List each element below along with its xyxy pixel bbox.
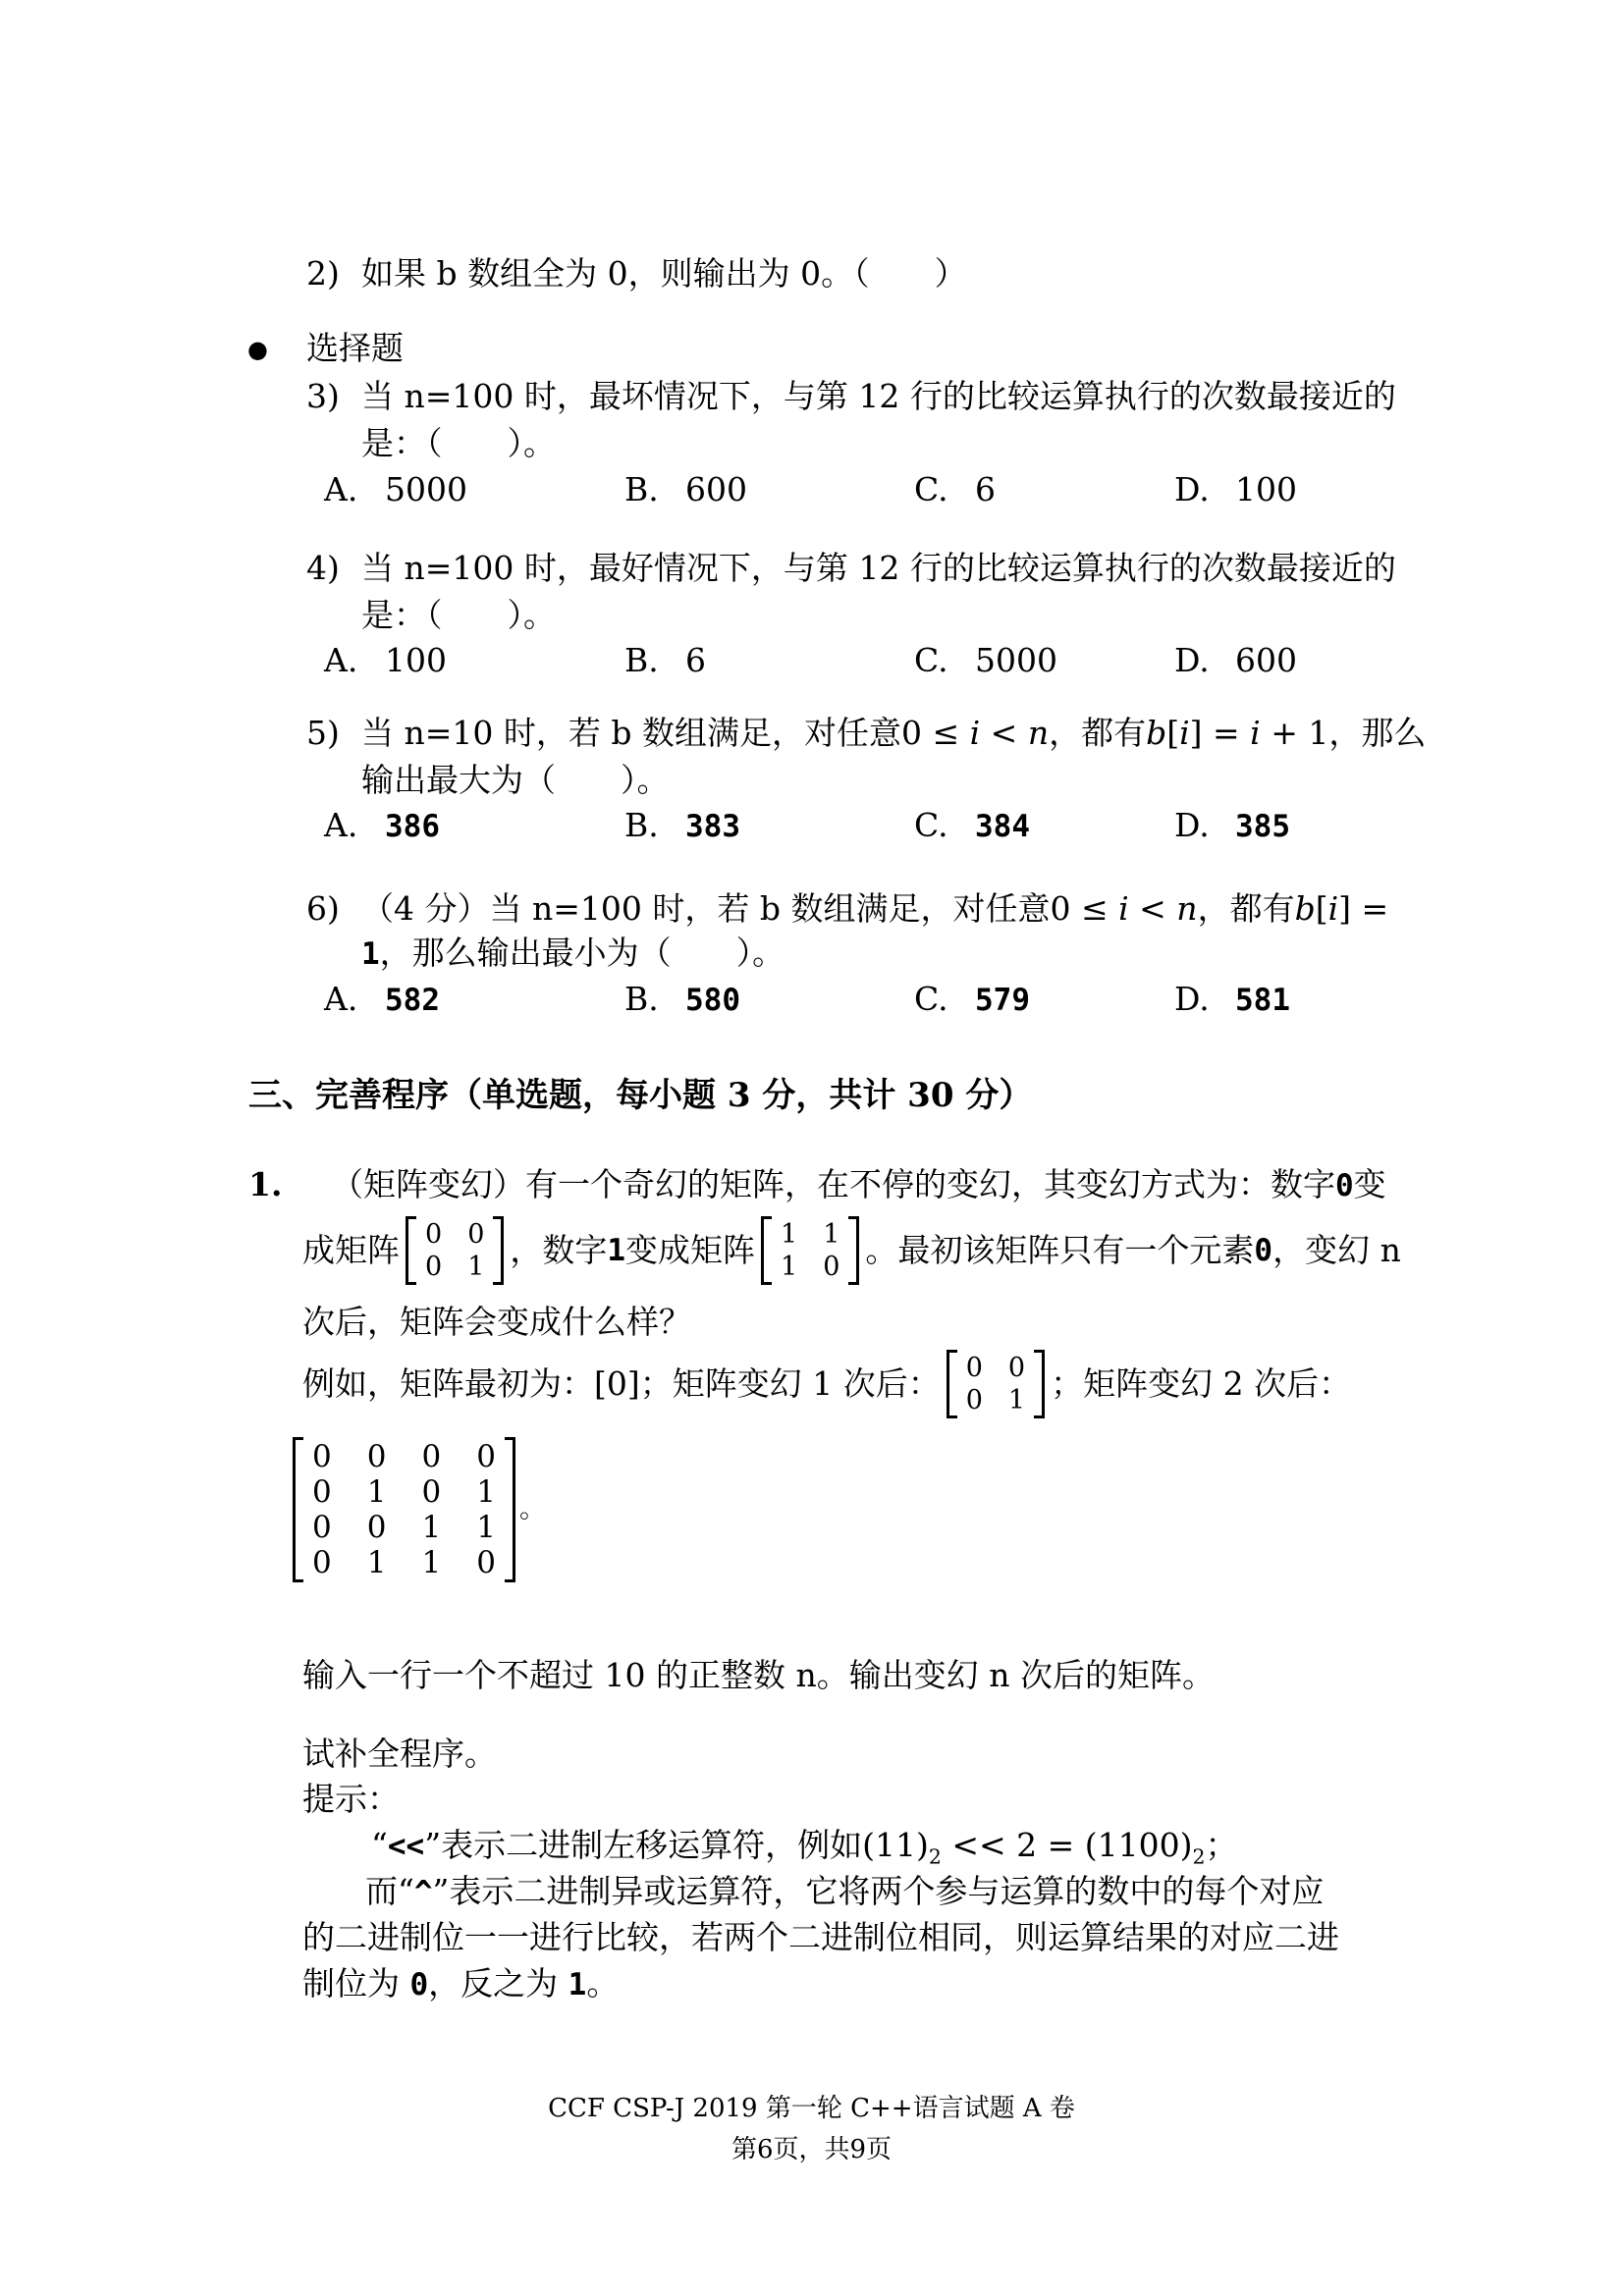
matrix-cell: 0: [966, 1384, 983, 1416]
question-3-line-2: 是：（ ）。: [361, 421, 556, 466]
footer-page-number: 第6页，共9页: [0, 2130, 1623, 2169]
option-c: C.5000: [914, 638, 1174, 683]
question-3-line-1: 3)当 n=100 时，最坏情况下，与第 12 行的比较运算执行的次数最接近的: [306, 374, 1396, 419]
period-after-matrix: 。: [519, 1487, 546, 1532]
judge-item-2: 2)如果 b 数组全为 0，则输出为 0。（ ）: [306, 251, 967, 296]
matrix-cell: 1: [367, 1474, 387, 1510]
option-d: D.385: [1174, 803, 1290, 849]
option-a: A.100: [324, 638, 624, 683]
choice-section-header: ●选择题: [247, 326, 404, 372]
question-6-line-1: 6)（4 分）当 n=100 时，若 b 数组满足，对任意0 ≤ i < n，都…: [306, 886, 1388, 932]
problem-1-label: 1.: [248, 1162, 282, 1207]
matrix-cell: 1: [823, 1218, 839, 1251]
bullet-icon: ●: [247, 327, 306, 372]
matrix-cell: 0: [421, 1439, 441, 1474]
hint-title: 提示：: [302, 1777, 400, 1822]
question-6-line-2: 1，那么输出最小为（ ）。: [361, 931, 784, 977]
option-a: A.582: [324, 977, 624, 1023]
question-3-options: A.5000 B.600 C.6 D.100: [324, 467, 1297, 512]
section-3-heading: 三、完善程序（单选题，每小题 3 分，共计 30 分）: [248, 1073, 1032, 1118]
question-6-options: A.582 B.580 C.579 D.581: [324, 977, 1290, 1023]
matrix-cell: 1: [367, 1545, 387, 1580]
hint-line-4: 制位为 0，反之为 1。: [302, 1961, 619, 2007]
option-d: D.100: [1174, 467, 1297, 512]
matrix-zero-rule: 0001: [406, 1216, 504, 1285]
problem-1-line-4: 例如，矩阵最初为：[0]；矩阵变幻 1 次后：0001；矩阵变幻 2 次后：: [302, 1343, 1351, 1425]
matrix-one-rule: 1110: [761, 1216, 859, 1285]
matrix-cell: 0: [367, 1510, 387, 1545]
option-b: B.6: [624, 638, 914, 683]
option-a: A.5000: [324, 467, 624, 512]
option-a: A.386: [324, 803, 624, 849]
question-5-options: A.386 B.383 C.384 D.385: [324, 803, 1290, 849]
matrix-cell: 1: [421, 1545, 441, 1580]
option-b: B.600: [624, 467, 914, 512]
item-label: 2): [306, 251, 361, 296]
matrix-cell: 0: [1008, 1352, 1025, 1384]
matrix-cell: 0: [312, 1510, 332, 1545]
matrix-cell: 0: [425, 1251, 442, 1283]
matrix-cell: 1: [781, 1218, 797, 1251]
matrix-cell: 0: [312, 1439, 332, 1474]
option-c: C.579: [914, 977, 1174, 1023]
matrix-cell: 0: [421, 1474, 441, 1510]
item-text: 如果 b 数组全为 0，则输出为 0。（ ）: [361, 254, 967, 293]
option-c: C.6: [914, 467, 1174, 512]
matrix-cell: 1: [1008, 1384, 1025, 1416]
question-5-line-2: 输出最大为（ ）。: [361, 758, 670, 803]
question-4-line-1: 4)当 n=100 时，最好情况下，与第 12 行的比较运算执行的次数最接近的: [306, 546, 1396, 591]
matrix-cell: 0: [467, 1218, 484, 1251]
question-4-options: A.100 B.6 C.5000 D.600: [324, 638, 1297, 683]
matrix-cell: 0: [476, 1545, 496, 1580]
question-5-line-1: 5)当 n=10 时，若 b 数组满足，对任意0 ≤ i < n，都有b[i] …: [306, 711, 1426, 756]
matrix-cell: 0: [367, 1439, 387, 1474]
io-description-line: 输入一行一个不超过 10 的正整数 n。输出变幻 n 次后的矩阵。: [302, 1653, 1215, 1698]
option-d: D.600: [1174, 638, 1297, 683]
matrix-cell: 0: [312, 1545, 332, 1580]
matrix-cell: 0: [823, 1251, 839, 1283]
problem-1-line-2: 成矩阵0001，数字1变成矩阵1110。最初该矩阵只有一个元素0，变幻 n: [302, 1209, 1401, 1292]
matrix-after-2-steps: 0000010100110110: [293, 1437, 515, 1582]
matrix-after-1-step: 0001: [947, 1350, 1045, 1418]
matrix-cell: 1: [421, 1510, 441, 1545]
exam-document-page: 2)如果 b 数组全为 0，则输出为 0。（ ） ●选择题 3)当 n=100 …: [0, 0, 1623, 2296]
matrix-cell: 1: [476, 1510, 496, 1545]
matrix-cell: 0: [476, 1439, 496, 1474]
matrix-cell: 1: [781, 1251, 797, 1283]
matrix-cell: 1: [476, 1474, 496, 1510]
question-3-label: 3): [306, 374, 361, 419]
footer-exam-title: CCF CSP-J 2019 第一轮 C++语言试题 A 卷: [0, 2089, 1623, 2128]
hint-line-2: 而“^”表示二进制异或运算符，它将两个参与运算的数中的每个对应: [365, 1869, 1324, 1915]
question-4-label: 4): [306, 546, 361, 591]
complete-program-line: 试补全程序。: [302, 1732, 497, 1777]
matrix-after-2-steps-block: 0000010100110110 。: [293, 1437, 546, 1582]
matrix-cell: 0: [425, 1218, 442, 1251]
hint-line-3: 的二进制位一一进行比较，若两个二进制位相同，则运算结果的对应二进: [302, 1915, 1339, 1960]
problem-1-line-3: 次后，矩阵会变成什么样？: [302, 1300, 691, 1345]
option-d: D.581: [1174, 977, 1290, 1023]
option-c: C.384: [914, 803, 1174, 849]
matrix-cell: 0: [312, 1474, 332, 1510]
question-5-label: 5): [306, 711, 361, 756]
matrix-cell: 1: [467, 1251, 484, 1283]
option-b: B.383: [624, 803, 914, 849]
choice-section-title: 选择题: [306, 329, 404, 367]
option-b: B.580: [624, 977, 914, 1023]
problem-1-line-1: （矩阵变幻）有一个奇幻的矩阵，在不停的变幻，其变幻方式为：数字0变: [331, 1162, 1386, 1208]
question-6-label: 6): [306, 886, 361, 932]
question-4-line-2: 是：（ ）。: [361, 593, 556, 638]
matrix-cell: 0: [966, 1352, 983, 1384]
